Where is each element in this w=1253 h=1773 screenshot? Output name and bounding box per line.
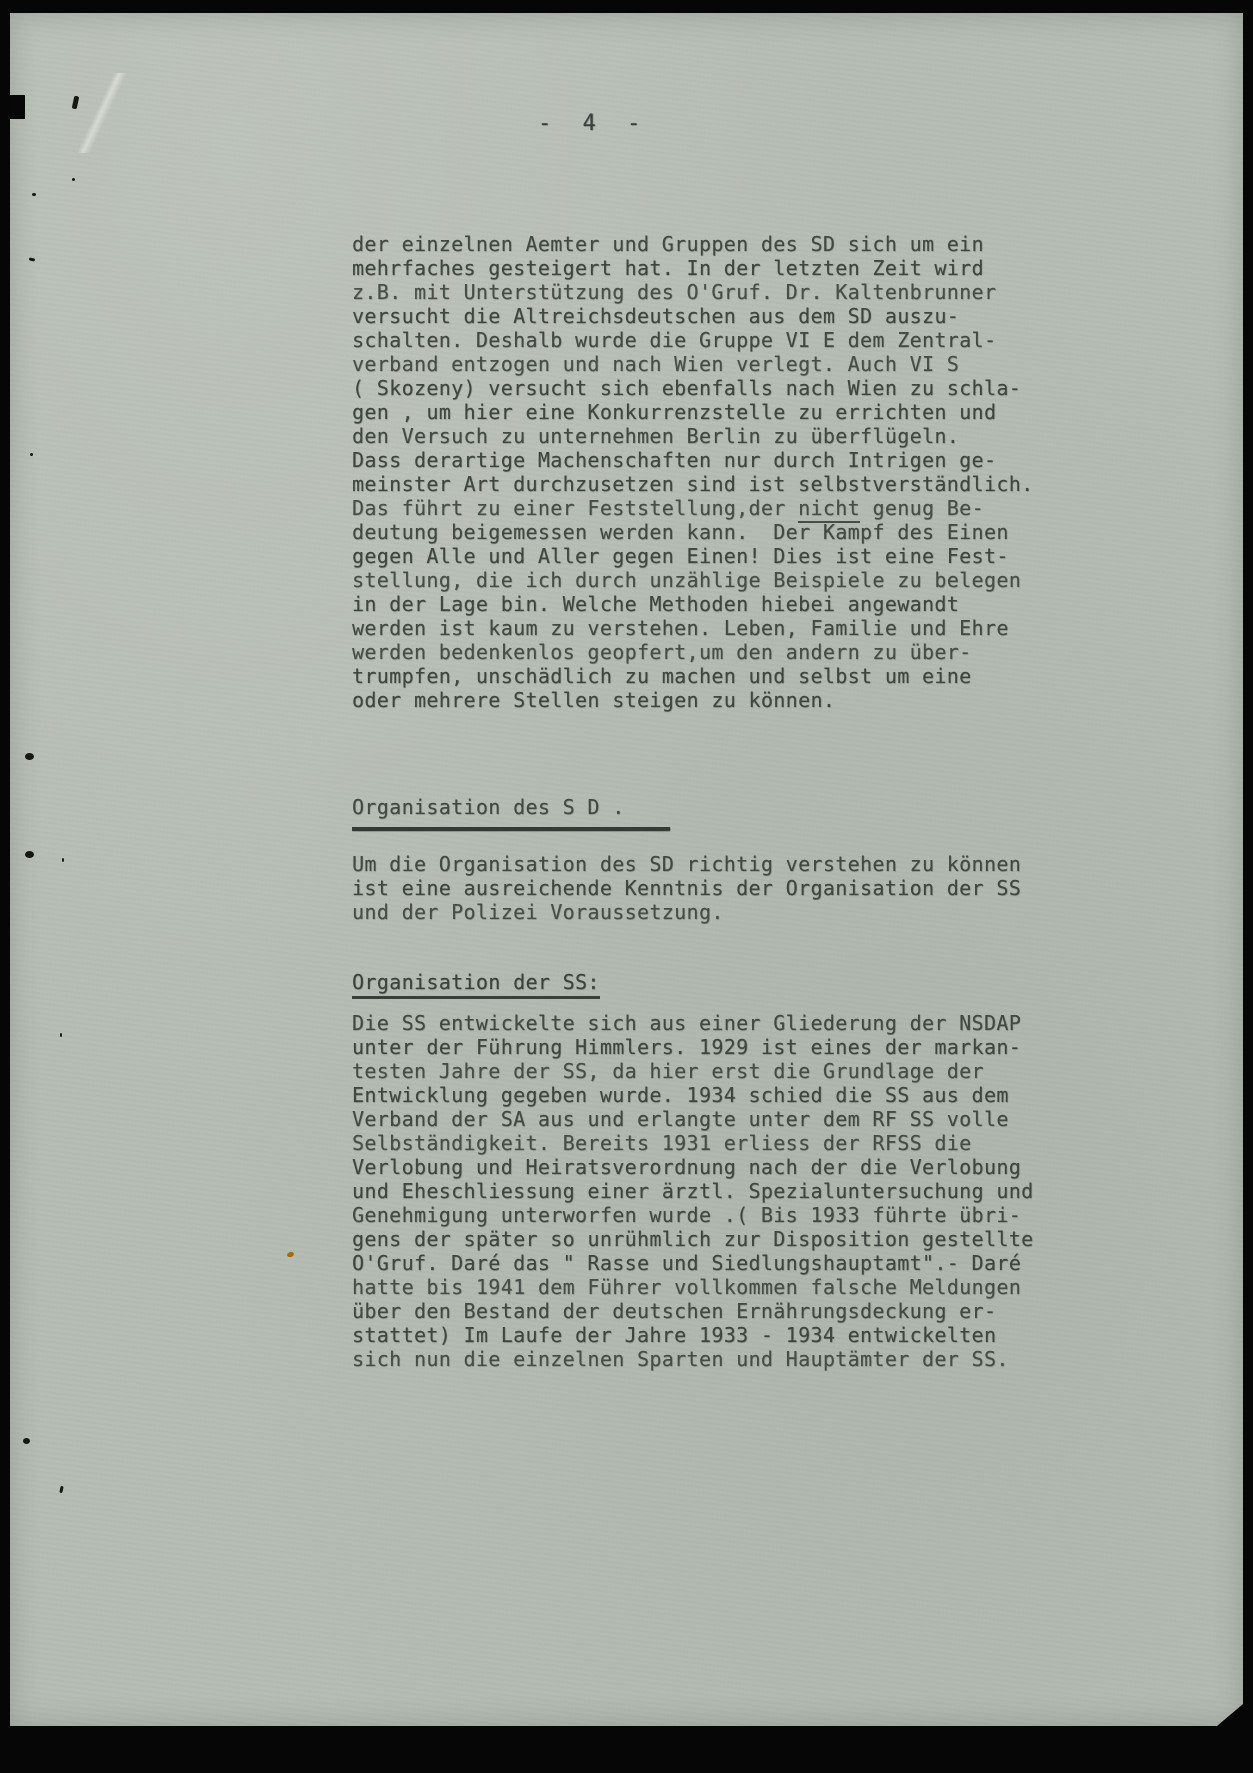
text-line: ist eine ausreichende Kenntnis der Organ… <box>352 876 1072 900</box>
paragraph-ss-history: Die SS entwickelte sich aus einer Gliede… <box>352 1011 1072 1371</box>
text-line: mehrfaches gesteigert hat. In der letzte… <box>352 256 1072 280</box>
ink-speck <box>23 1438 30 1444</box>
text-line: sich nun die einzelnen Sparten und Haupt… <box>352 1347 1072 1371</box>
ink-speck <box>62 858 64 862</box>
text-line: testen Jahre der SS, da hier erst die Gr… <box>352 1059 1072 1083</box>
text-line: stattet) Im Laufe der Jahre 1933 - 1934 … <box>352 1323 1072 1347</box>
text-line: schalten. Deshalb wurde die Gruppe VI E … <box>352 328 1072 352</box>
heading-underline <box>352 827 670 831</box>
text-line: in der Lage bin. Welche Methoden hiebei … <box>352 592 1072 616</box>
document-page: - 4 - der einzelnen Aemter und Gruppen d… <box>10 13 1243 1726</box>
text-line: Dass derartige Machenschaften nur durch … <box>352 448 1072 472</box>
ink-speck <box>25 753 34 760</box>
ink-speck <box>60 1033 62 1037</box>
heading-text: Organisation des S D . <box>352 795 1072 819</box>
text-line: werden ist kaum zu verstehen. Leben, Fam… <box>352 616 1072 640</box>
annotation-dot <box>286 1251 294 1258</box>
typewritten-text-block: der einzelnen Aemter und Gruppen des SD … <box>352 232 1072 1371</box>
text-line: über den Bestand der deutschen Ernährung… <box>352 1299 1072 1323</box>
ink-speck <box>29 257 35 261</box>
text-line: Selbständigkeit. Bereits 1931 erliess de… <box>352 1131 1072 1155</box>
text-line: ( Skozeny) versucht sich ebenfalls nach … <box>352 376 1072 400</box>
text-line: deutung beigemessen werden kann. Der Kam… <box>352 520 1072 544</box>
scanned-document-screenshot: { "colors": { "background": "#060606", "… <box>0 0 1253 1773</box>
text-line: O'Gruf. Daré das " Rasse und Siedlungsha… <box>352 1251 1072 1275</box>
text-line: gens der später so unrühmlich zur Dispos… <box>352 1227 1072 1251</box>
text-line: Entwicklung gegeben wurde. 1934 schied d… <box>352 1083 1072 1107</box>
text-line: und Eheschliessung einer ärztl. Spezialu… <box>352 1179 1072 1203</box>
text-line: gen , um hier eine Konkurrenzstelle zu e… <box>352 400 1072 424</box>
paragraph-organisation-intro: Um die Organisation des SD richtig verst… <box>352 852 1072 924</box>
text-line: gegen Alle und Aller gegen Einen! Dies i… <box>352 544 1072 568</box>
underlined-word: nicht <box>798 496 860 523</box>
text-line: der einzelnen Aemter und Gruppen des SD … <box>352 232 1072 256</box>
section-heading-organisation-des-sd: Organisation des S D . <box>352 795 1072 831</box>
text-line: stellung, die ich durch unzählige Beispi… <box>352 568 1072 592</box>
ink-speck <box>25 851 34 858</box>
ink-speck <box>72 178 75 181</box>
text-line: trumpfen, unschädlich zu machen und selb… <box>352 664 1072 688</box>
text-line: meinster Art durchzusetzen sind ist selb… <box>352 472 1072 496</box>
text-line: oder mehrere Stellen steigen zu können. <box>352 688 1072 712</box>
text-line: verband entzogen und nach Wien verlegt. … <box>352 352 1072 376</box>
paragraph-intrigues: der einzelnen Aemter und Gruppen des SD … <box>352 232 1072 712</box>
heading-text: Organisation der SS: <box>352 970 600 999</box>
text-line: Um die Organisation des SD richtig verst… <box>352 852 1072 876</box>
text-line: Verlobung und Heiratsverordnung nach der… <box>352 1155 1072 1179</box>
text-line: Genehmigung unterworfen wurde .( Bis 193… <box>352 1203 1072 1227</box>
text-line: Verband der SA aus und erlangte unter de… <box>352 1107 1072 1131</box>
text-line: unter der Führung Himmlers. 1929 ist ein… <box>352 1035 1072 1059</box>
text-line: versucht die Altreichsdeutschen aus dem … <box>352 304 1072 328</box>
text-line: den Versuch zu unternehmen Berlin zu übe… <box>352 424 1072 448</box>
section-heading-organisation-der-ss: Organisation der SS: <box>352 970 1072 999</box>
text-line: hatte bis 1941 dem Führer vollkommen fal… <box>352 1275 1072 1299</box>
text-line: werden bedenkenlos geopfert,um den ander… <box>352 640 1072 664</box>
text-line: Das führt zu einer Feststellung,der nich… <box>352 496 1072 520</box>
page-number: - 4 - <box>538 111 649 136</box>
scan-corner-cut <box>1217 1704 1243 1726</box>
ink-speck <box>32 193 36 196</box>
scan-edge-notch <box>10 95 25 119</box>
text-line: und der Polizei Voraussetzung. <box>352 900 1072 924</box>
ink-speck <box>59 1486 63 1493</box>
ink-speck <box>30 453 33 456</box>
paper-crease <box>28 73 178 153</box>
text-line: z.B. mit Unterstützung des O'Gruf. Dr. K… <box>352 280 1072 304</box>
text-line: Die SS entwickelte sich aus einer Gliede… <box>352 1011 1072 1035</box>
